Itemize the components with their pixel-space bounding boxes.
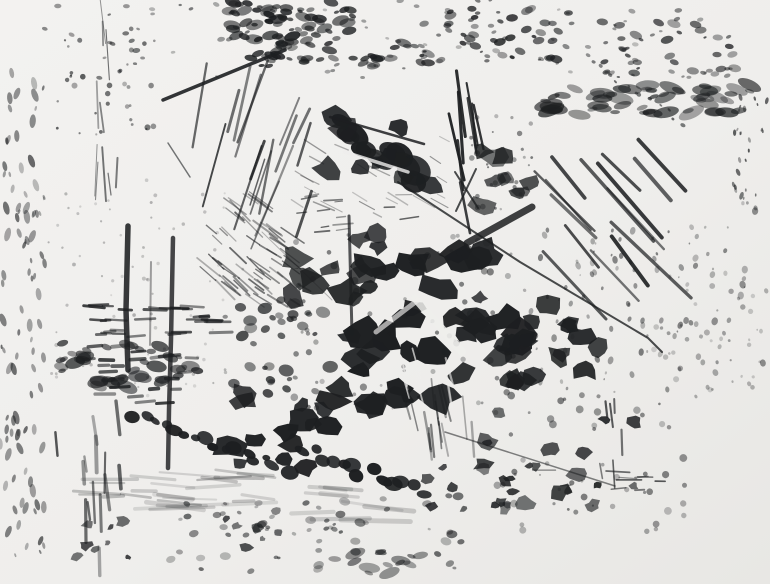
artwork-canvas	[0, 0, 770, 584]
artwork-photo	[0, 0, 770, 584]
